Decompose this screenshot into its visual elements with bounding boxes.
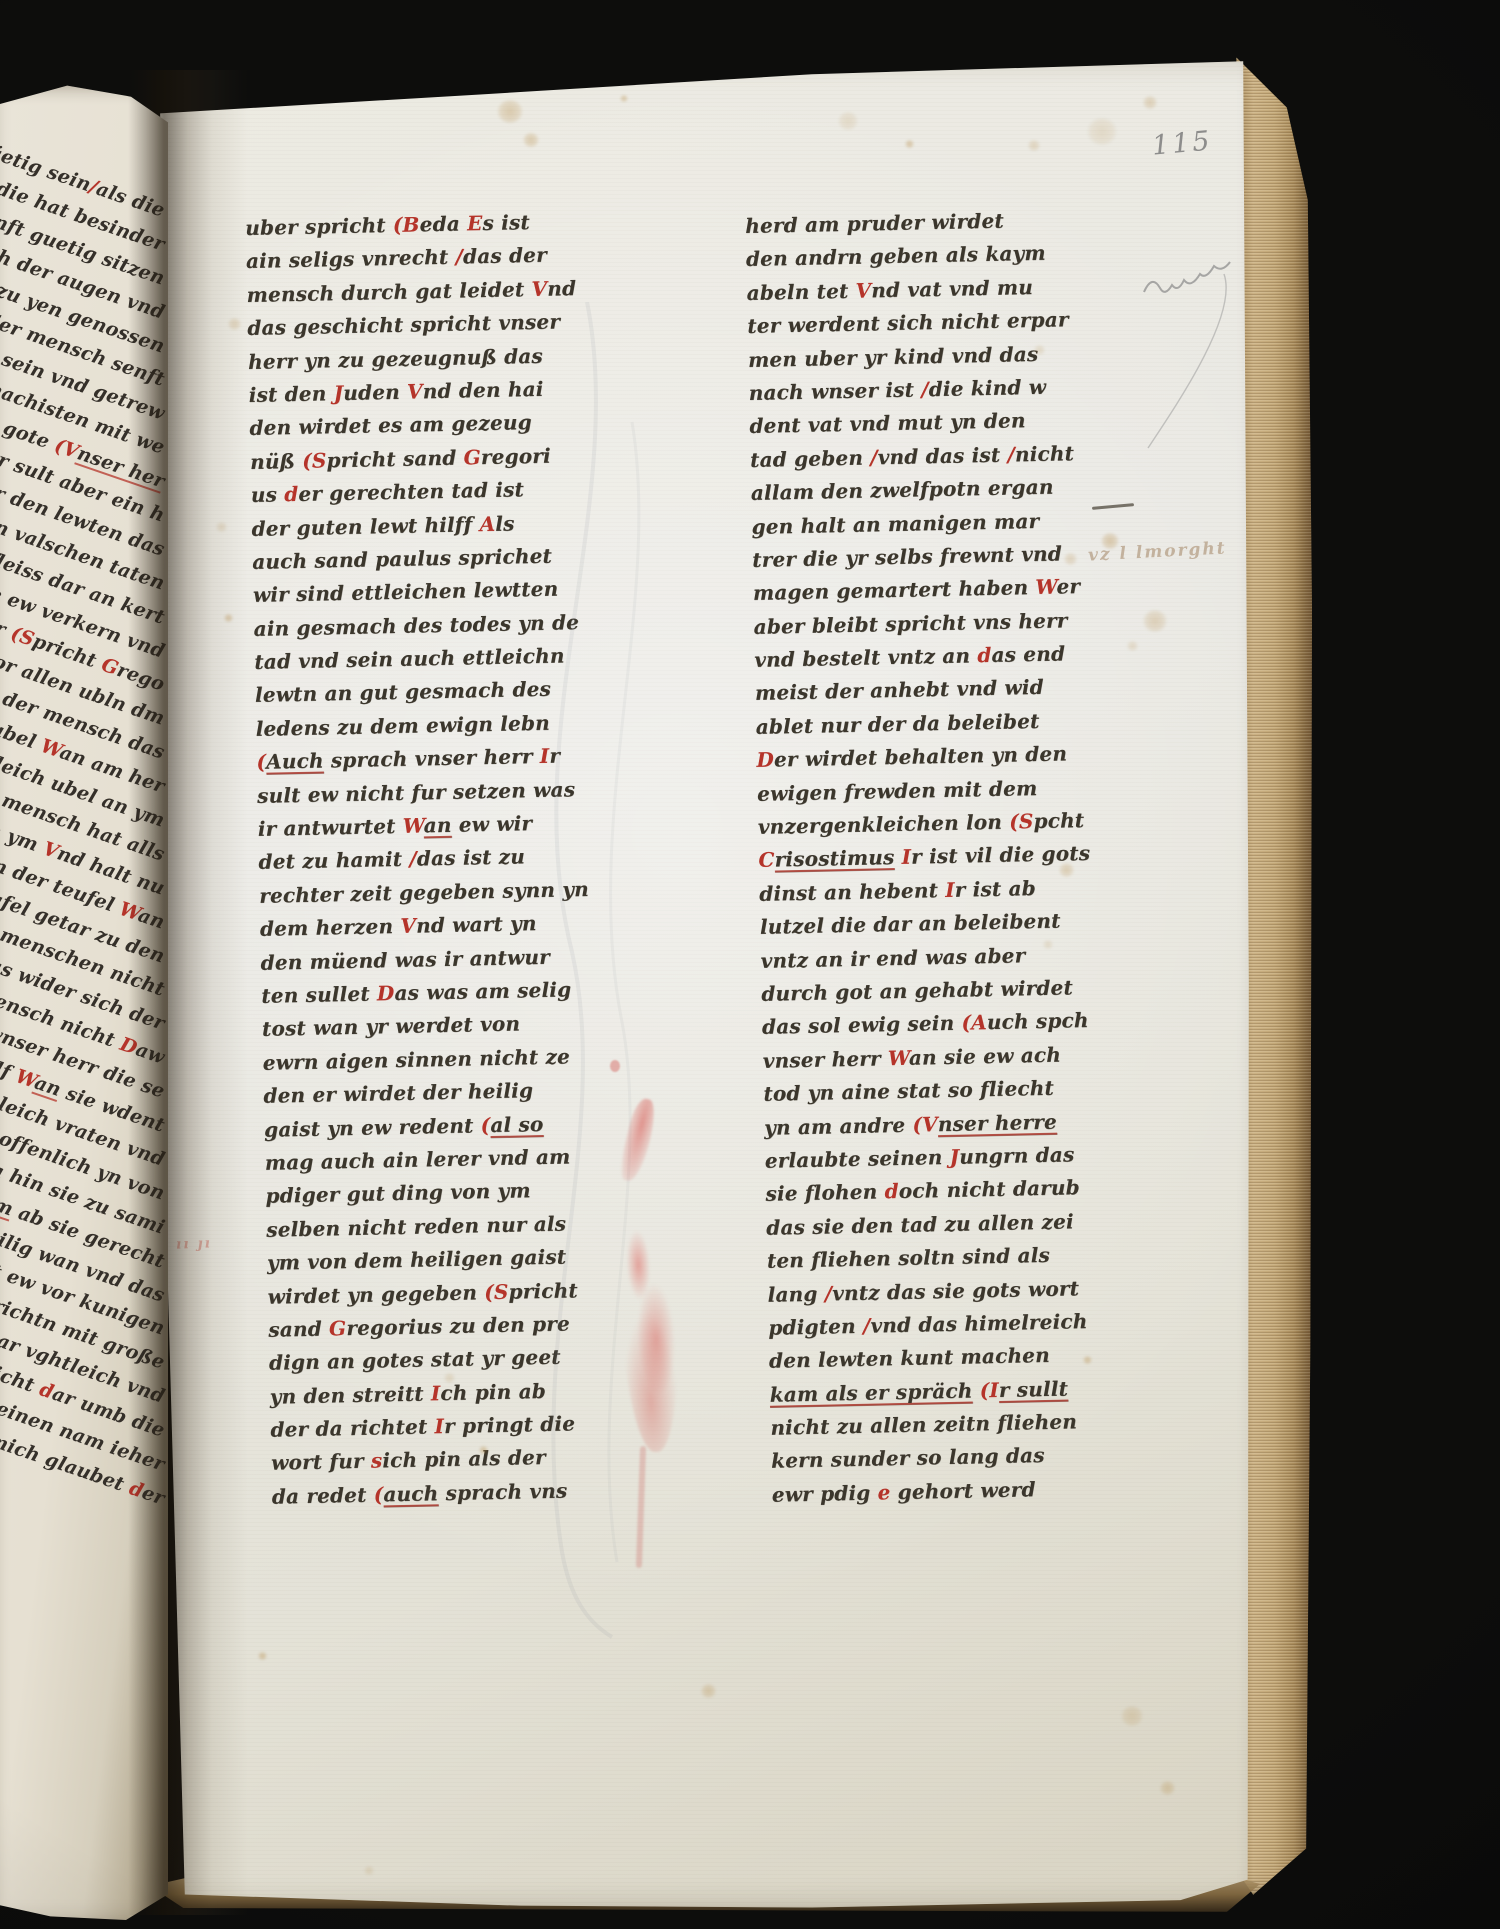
ink-text: aw bbox=[133, 1039, 168, 1069]
ink-text: er gerechten tad ist bbox=[298, 477, 524, 506]
ink-text: pcht bbox=[1033, 808, 1084, 833]
red-underlined-text: kam als er spräch bbox=[769, 1378, 972, 1406]
foxing-spot bbox=[905, 140, 914, 148]
rubric-text: (B bbox=[393, 212, 420, 237]
rubric-text: G bbox=[329, 1316, 347, 1340]
rubric-text: E bbox=[467, 211, 483, 235]
ink-text: mensch durch gat leidet bbox=[246, 277, 531, 307]
rubric-text: J bbox=[949, 1145, 959, 1169]
ink-text: s ist bbox=[482, 210, 530, 235]
ink-text: uber spricht bbox=[245, 213, 393, 240]
ink-text: an bbox=[135, 904, 167, 933]
ink-text: allam den zwelfpotn ergan bbox=[751, 475, 1054, 505]
ink-text: ir antwurtet bbox=[258, 814, 403, 841]
foxing-spot bbox=[701, 1684, 716, 1698]
ink-text: er bbox=[1056, 574, 1080, 598]
ink-text: r ist vil die gots bbox=[911, 841, 1090, 869]
foxing-spot bbox=[1160, 1781, 1175, 1795]
ink-text: vnd bestelt vntz an bbox=[754, 643, 977, 672]
rubric-text: e bbox=[877, 1480, 890, 1504]
rubric-text: (A bbox=[961, 1010, 987, 1035]
rubric-text: (S bbox=[1009, 809, 1034, 834]
ink-text: uch spch bbox=[987, 1008, 1089, 1034]
ink-text: abeln tet bbox=[746, 278, 855, 304]
red-underlined-text: r sullt bbox=[999, 1376, 1069, 1401]
ink-text: ewigen frewden mit dem bbox=[757, 776, 1038, 806]
ink-text: tad geben bbox=[750, 445, 871, 472]
foxing-spot bbox=[258, 1652, 267, 1660]
ink-text: pricht sand bbox=[326, 445, 464, 472]
ink-text: nd bbox=[547, 276, 576, 301]
rubric-text: C bbox=[758, 848, 775, 872]
foxing-spot bbox=[1087, 118, 1117, 145]
red-offset-marks: ıı ȷı bbox=[176, 1235, 212, 1252]
ink-text: ungrn das bbox=[959, 1142, 1075, 1168]
rubric-text: I bbox=[901, 845, 911, 869]
ink-text: vnser herr bbox=[762, 1046, 888, 1073]
pencil-squiggle-mark bbox=[1140, 250, 1250, 465]
foxing-spot bbox=[620, 95, 628, 102]
ink-text: ten fliehen soltn sind als bbox=[767, 1243, 1051, 1273]
ink-text: nicht zu allen zeitn fliehen bbox=[770, 1409, 1077, 1439]
previous-page-edge: ch amüetig sein/als dieben die hat besin… bbox=[0, 82, 168, 1920]
rubric-text: I bbox=[431, 1381, 441, 1405]
rubric-text: V bbox=[531, 276, 547, 300]
offset-ghost-drawing bbox=[492, 302, 712, 1642]
ink-text: der da richtet bbox=[270, 1414, 435, 1441]
ink-text: ablet nur der da beleibet bbox=[755, 709, 1039, 739]
text-line: ewr pdig e gehort werd bbox=[772, 1475, 1123, 1516]
ink-text: tod yn aine stat so fliecht bbox=[763, 1076, 1054, 1106]
ink-text: lutzel die dar an beleibent bbox=[760, 909, 1061, 939]
ink-text: vnd das himelreich bbox=[870, 1309, 1088, 1338]
ink-text: uden bbox=[343, 380, 407, 405]
rubric-text: (I bbox=[979, 1378, 999, 1402]
ink-text: eda bbox=[419, 211, 467, 236]
foxing-spot bbox=[523, 133, 539, 147]
rubric-text: V bbox=[855, 278, 871, 302]
ink-text: meist der anhebt vnd wid bbox=[755, 675, 1044, 705]
ink-text: gaist yn ew redent bbox=[264, 1113, 481, 1142]
ink-text: durch got an gehabt wirdet bbox=[761, 975, 1073, 1006]
rubric-text: D bbox=[756, 748, 774, 772]
ink-text: pdigten bbox=[768, 1314, 863, 1340]
rubric-text: s bbox=[371, 1449, 383, 1473]
rubric-text: (S bbox=[302, 448, 327, 473]
ink-text: die kind w bbox=[928, 375, 1046, 401]
red-underlined-text: an bbox=[423, 813, 451, 838]
rubric-text: W bbox=[1035, 575, 1057, 599]
ink-text: dinst an hebent bbox=[759, 878, 945, 906]
ink-text: an sie ew ach bbox=[909, 1042, 1062, 1069]
ink-text: ewr pdig bbox=[772, 1480, 878, 1506]
ink-text: as end bbox=[991, 641, 1065, 667]
ink-text: gen halt an manigen mar bbox=[751, 508, 1039, 538]
ink-text: vntz das sie gots wort bbox=[832, 1276, 1079, 1305]
foxing-spot bbox=[1121, 1706, 1143, 1726]
rubric-text: I bbox=[945, 878, 955, 902]
ink-text: nach wnser ist bbox=[748, 377, 921, 405]
ink-text: yn den streitt bbox=[269, 1381, 431, 1408]
foxing-spot bbox=[1143, 96, 1157, 109]
ink-text: herd am pruder wirdet bbox=[745, 209, 1004, 238]
ink-text: och nicht darub bbox=[898, 1176, 1080, 1204]
ink-text: det zu hamit bbox=[258, 847, 409, 874]
ink-text: den wirdet es am gezeug bbox=[249, 410, 532, 440]
ink-text: da redet bbox=[272, 1482, 374, 1508]
ink-text: r ist ab bbox=[954, 876, 1036, 902]
rubric-text: (V bbox=[912, 1112, 938, 1137]
ink-text: gehort werd bbox=[890, 1477, 1036, 1504]
red-underlined-text: auch bbox=[383, 1481, 439, 1506]
ink-text: vnd das ist bbox=[877, 442, 1007, 469]
rubric-text: G bbox=[463, 445, 481, 469]
rubric-text: ( bbox=[373, 1482, 383, 1506]
rubric-text: V bbox=[400, 914, 416, 938]
manuscript-photo: 115 uber spricht (Beda Es istain seligs … bbox=[0, 0, 1500, 1929]
ink-text: men uber yr kind vnd das bbox=[748, 341, 1039, 371]
foxing-spot bbox=[838, 112, 858, 130]
ink-text: kern sunder so lang das bbox=[771, 1443, 1045, 1473]
folio-number: 115 bbox=[1151, 125, 1214, 161]
foxing-spot bbox=[364, 1866, 374, 1875]
foxing-spot bbox=[1127, 641, 1138, 651]
ink-text: lang bbox=[767, 1281, 825, 1306]
ink-text: ten sullet bbox=[261, 981, 377, 1007]
foxing-spot bbox=[228, 318, 241, 330]
ink-text: erlaubte seinen bbox=[765, 1145, 950, 1173]
manuscript-page: 115 uber spricht (Beda Es istain seligs … bbox=[140, 50, 1260, 1915]
ink-text: us bbox=[251, 482, 285, 507]
foxing-spot bbox=[216, 522, 227, 532]
ink-text: vnzergenkleichen lon bbox=[758, 810, 1010, 839]
ink-text: das der bbox=[463, 243, 547, 269]
ink-text: aber bleibt spricht vns herr bbox=[753, 608, 1067, 639]
ink-text: er wirdet behalten yn den bbox=[774, 742, 1068, 772]
foxing-spot bbox=[224, 614, 233, 622]
rubric-text: d bbox=[884, 1179, 899, 1203]
ink-text: den lewten kunt machen bbox=[769, 1343, 1050, 1373]
rubric-text: J bbox=[333, 381, 343, 405]
rubric-text: V bbox=[407, 379, 423, 403]
ink-text: tost wan yr werdet von bbox=[262, 1012, 521, 1041]
ink-text: nüß bbox=[250, 449, 303, 474]
red-underlined-text: nser herre bbox=[938, 1109, 1058, 1135]
foxing-spot bbox=[1028, 140, 1040, 151]
ink-text: dent vat vnd mut yn den bbox=[749, 409, 1026, 439]
ink-text: magen gemartert haben bbox=[753, 575, 1036, 605]
rubric-text: d bbox=[284, 482, 299, 506]
ink-text: das sie den tad zu allen zei bbox=[766, 1209, 1074, 1239]
rubric-text: W bbox=[402, 813, 423, 837]
rubric-text: W bbox=[888, 1046, 909, 1070]
ink-text: yn am andre bbox=[764, 1112, 913, 1139]
ink-text: wirdet yn gegeben bbox=[267, 1280, 484, 1309]
foxing-spot bbox=[497, 100, 523, 123]
marginal-ink-note: vz l lmorght bbox=[1088, 538, 1228, 565]
ink-text: ist den bbox=[248, 381, 333, 407]
ink-text: sand bbox=[268, 1316, 329, 1341]
previous-page-text-fragment: ch amüetig sein/als dieben die hat besin… bbox=[0, 200, 162, 1522]
rubric-text: ( bbox=[256, 750, 266, 774]
rubric-text: d bbox=[977, 643, 992, 667]
ink-text: den andrn geben als kaym bbox=[746, 241, 1046, 271]
rubric-text: I bbox=[434, 1414, 444, 1438]
ink-text: nicht bbox=[1015, 441, 1075, 466]
foxing-spot bbox=[1143, 610, 1167, 632]
ink-text: trer die yr selbs frewnt vnd bbox=[752, 541, 1062, 571]
ink-text: wort fur bbox=[271, 1449, 371, 1475]
ink-text: ain seligs vnrecht bbox=[246, 245, 456, 273]
rubric-text: D bbox=[377, 981, 395, 1005]
text-column-right: herd am pruder wirdetden andrn geben als… bbox=[745, 207, 1122, 1516]
ink-text: vntz an ir end was aber bbox=[760, 943, 1025, 973]
ink-text: dem herzen bbox=[260, 914, 401, 941]
ink-text: das sol ewig sein bbox=[762, 1011, 962, 1039]
ink-text: der guten lewt hilff bbox=[251, 512, 480, 541]
red-underlined-text: Auch bbox=[266, 749, 324, 774]
red-underlined-text: risostimus bbox=[774, 845, 894, 872]
ink-text: sie flohen bbox=[765, 1180, 885, 1206]
ink-text: nd vat vnd mu bbox=[871, 275, 1033, 302]
